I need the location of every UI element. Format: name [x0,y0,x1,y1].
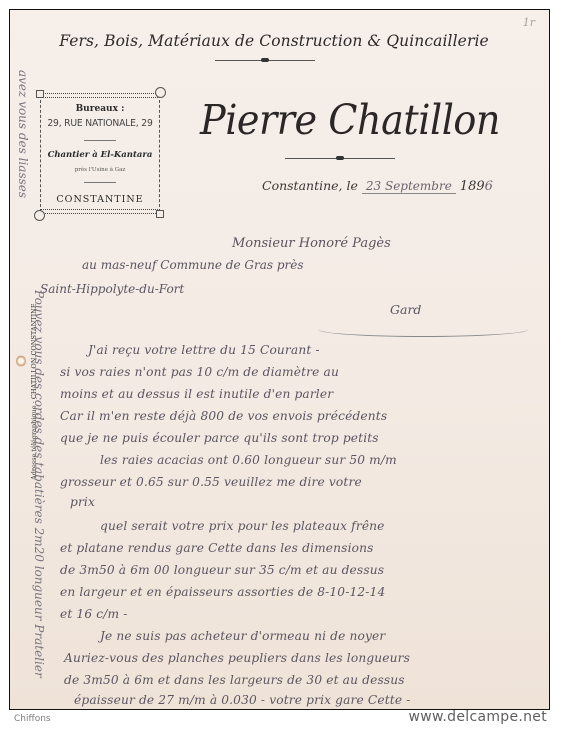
divider-ornament [84,182,116,183]
body-line: J'ai reçu votre lettre du 15 Courant - [88,343,320,357]
recipient-line: Gard [390,302,421,317]
body-line: si vos raies n'ont pas 10 c/m de diamètr… [60,365,339,379]
divider-ornament [285,158,395,159]
body-line: moins et au dessus il est inutile d'en p… [60,387,333,401]
place-prefix: Constantine, le [262,178,358,193]
cartouche-border-bottom [40,209,160,214]
corner-ornament-icon [155,87,166,98]
handwritten-year-digit: 6 [485,179,493,194]
corner-ornament-icon [36,90,44,98]
body-line: et 16 c/m - [60,607,128,621]
corner-ornament-icon [156,210,164,218]
folio-mark: 1r [523,16,535,29]
recipient-line: au mas-neuf Commune de Gras près [82,258,304,272]
body-line: quel serait votre prix pour les plateaux… [100,519,385,533]
cartouche-border-top [40,93,160,98]
site-watermark[interactable]: www.delcampe.net [408,709,547,725]
bureaux-label: Bureaux : [36,104,164,114]
body-line: épaisseur de 27 m/m à 0.030 - votre prix… [74,693,410,707]
recipient-line: Saint-Hippolyte-du-Fort [40,282,184,296]
divider-ornament [215,60,315,61]
body-line: prix [70,495,95,509]
merchant-name: Pierre Chatillon [200,96,500,144]
body-line: que je ne puis écouler parce qu'ils sont… [60,431,379,445]
document-frame: 1r Fers, Bois, Matériaux de Construction… [9,9,550,710]
divider-ornament [84,140,116,141]
signature-swash [318,322,528,337]
body-line: Auriez-vous des planches peupliers dans … [64,651,410,665]
city-name: CONSTANTINE [36,194,164,205]
body-line: en largeur et en épaisseurs assorties de… [60,585,385,599]
body-line: Car il m'en reste déjà 800 de vos envois… [60,409,387,423]
date-line: Constantine, le 23 Septembre 1896 [262,178,493,194]
margin-note: Pouvez vous des cordes des tabatières 2m… [32,290,46,678]
letter-paper: 1r Fers, Bois, Matériaux de Construction… [10,10,549,709]
recipient-line: Monsieur Honoré Pagès [232,236,391,251]
yard-location: Chantier à El-Kantara [36,150,164,160]
body-line: de 3m50 à 6m 00 longueur sur 35 c/m et a… [60,563,384,577]
printed-year: 189 [460,179,485,194]
body-line: Je ne suis pas acheteur d'ormeau ni de n… [100,629,385,643]
office-address: 29, RUE NATIONALE, 29 [41,118,159,129]
margin-note: avez vous des liasses [16,70,30,198]
body-line: les raies acacias ont 0.60 longueur sur … [100,453,397,467]
address-cartouche: Bureaux : 29, RUE NATIONALE, 29 Chantier… [36,90,164,218]
corner-ornament-icon [34,210,45,221]
handwritten-date: 23 Septembre [362,179,456,194]
body-line: de 3m50 à 6m et dans les largeurs de 30 … [64,673,405,687]
body-line: et platane rendus gare Cette dans les di… [60,541,374,555]
body-line: grosseur et 0.65 sur 0.55 veuillez me di… [60,475,362,489]
trade-line: Fers, Bois, Matériaux de Construction & … [34,32,514,50]
paper-stain [16,355,26,367]
yard-note: près l'Usine à Gaz [36,167,164,173]
seller-name: Chiffons [14,714,51,724]
